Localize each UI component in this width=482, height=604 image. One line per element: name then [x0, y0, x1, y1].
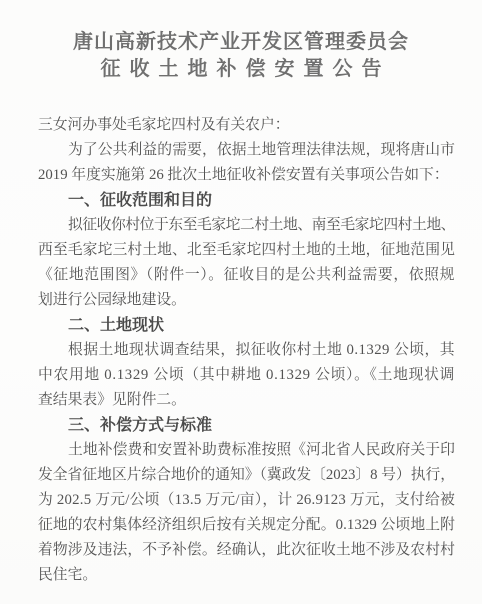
- paragraph-line: 为 202.5 万元/公顷（13.5 万元/亩），计 26.9123 万元，支付…: [38, 488, 455, 513]
- salutation-line: 三女河办事处毛家坨四村及有关农户：: [38, 113, 455, 138]
- announcement-title: 征收土地补偿安置公告: [0, 56, 482, 83]
- paragraph-line: 《征地范围图》（附件一）。征收目的是公共利益需要，依照规: [38, 263, 455, 288]
- paragraph-line: 西至毛家坨三村土地、北至毛家坨四村土地的土地，征地范围见: [38, 238, 455, 263]
- paragraph-line: 查结果表》见附件二。: [38, 388, 455, 413]
- paragraph-line: 2019 年度实施第 26 批次土地征收补偿安置有关事项公告如下：: [38, 163, 455, 188]
- document-body: 三女河办事处毛家坨四村及有关农户：为了公共利益的需要，依据土地管理法律法规，现将…: [38, 113, 455, 588]
- section-heading: 二、土地现状: [38, 313, 455, 338]
- paragraph-line: 中农用地 0.1329 公顷（其中耕地 0.1329 公顷）。《土地现状调: [38, 363, 455, 388]
- paragraph-line: 划进行公园绿地建设。: [38, 288, 455, 313]
- paragraph-line: 为了公共利益的需要，依据土地管理法律法规，现将唐山市: [38, 138, 455, 163]
- announcement-page: 唐山高新技术产业开发区管理委员会 征收土地补偿安置公告 三女河办事处毛家坨四村及…: [0, 0, 482, 604]
- paragraph-line: 民住宅。: [38, 563, 455, 588]
- paragraph-line: 土地补偿费和安置补助费标准按照《河北省人民政府关于印: [38, 438, 455, 463]
- section-heading: 一、征收范围和目的: [38, 188, 455, 213]
- paragraph-line: 根据土地现状调查结果，拟征收你村土地 0.1329 公顷，其: [38, 338, 455, 363]
- paragraph-line: 拟征收你村位于东至毛家坨二村土地、南至毛家坨四村土地、: [38, 213, 455, 238]
- section-heading: 三、补偿方式与标准: [38, 413, 455, 438]
- paragraph-line: 征地的农村集体经济组织后按有关规定分配。0.1329 公顷地上附: [38, 513, 455, 538]
- issuing-authority-title: 唐山高新技术产业开发区管理委员会: [0, 29, 482, 56]
- paragraph-line: 发全省征地区片综合地价的通知》（冀政发〔2023〕8 号）执行，: [38, 463, 455, 488]
- paragraph-line: 着物涉及违法，不予补偿。经确认，此次征收土地不涉及农村村: [38, 538, 455, 563]
- document-title: 唐山高新技术产业开发区管理委员会 征收土地补偿安置公告: [0, 29, 482, 83]
